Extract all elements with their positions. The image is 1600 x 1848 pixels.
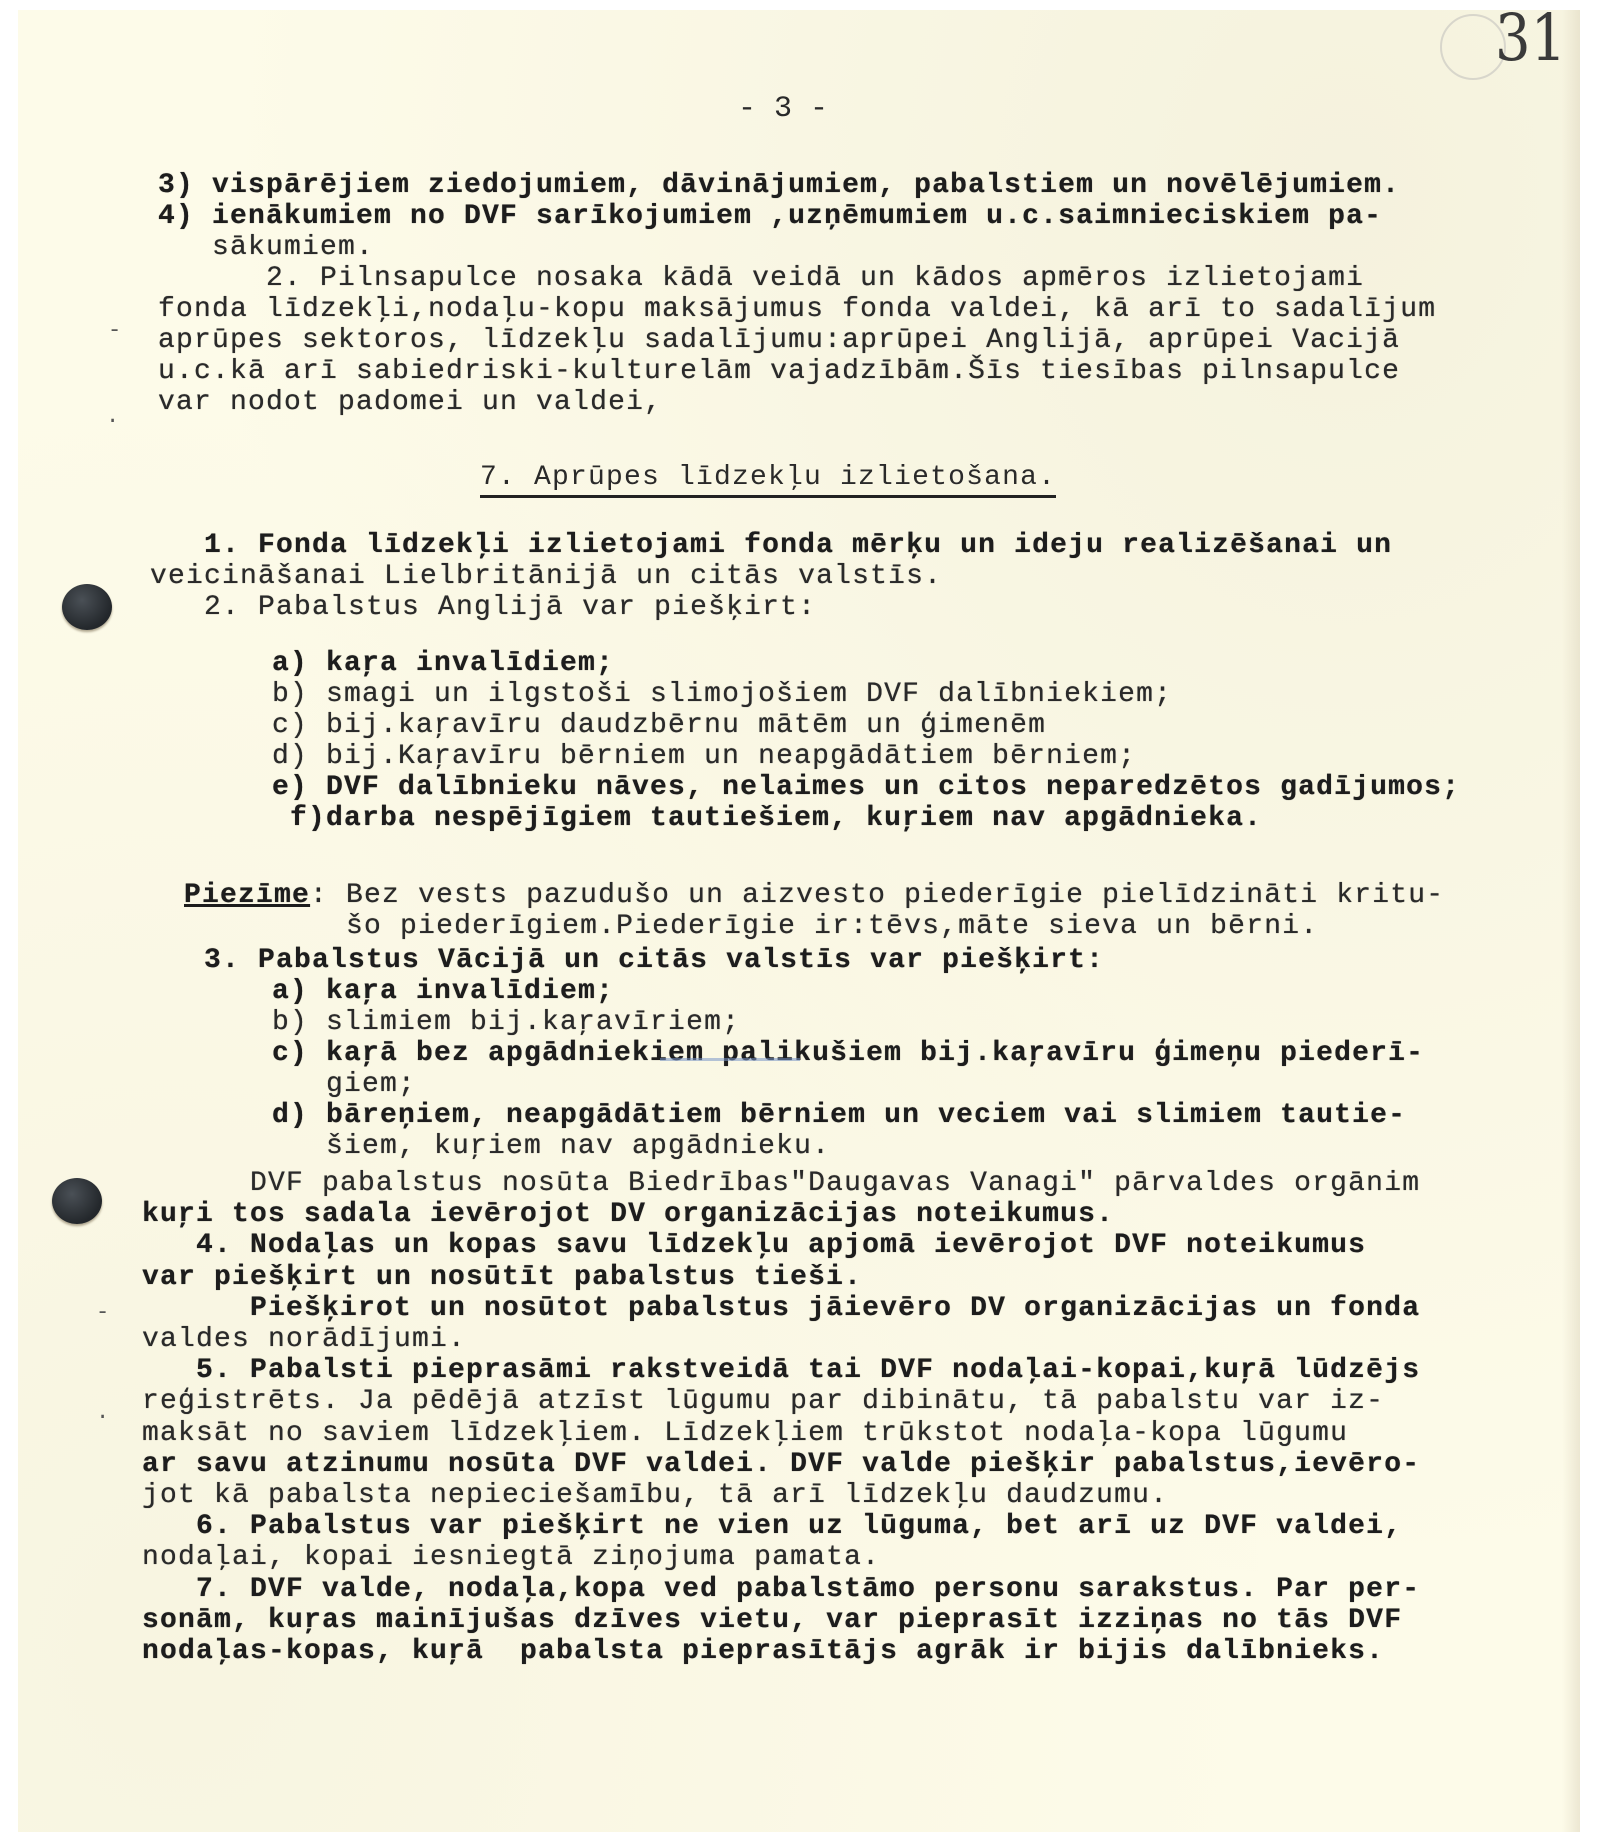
text-line: d) bāreņiem, neapgādātiem bērniem un vec… <box>272 1100 1406 1131</box>
text-line: aprūpes sektoros, līdzekļu sadalījumu:ap… <box>158 325 1400 356</box>
text-line: u.c.kā arī sabiedriski-kulturelām vajadz… <box>158 356 1400 387</box>
blue-pencil-mark <box>660 1058 800 1061</box>
text-line: maksāt no saviem līdzekļiem. Līdzekļiem … <box>142 1418 1348 1449</box>
text-line: jot kā pabalsta nepieciešamību, tā arī l… <box>142 1480 1168 1511</box>
text-line: 4) ienākumiem no DVF sarīkojumiem ,uzņēm… <box>158 201 1382 232</box>
note-line-2: šo piederīgiem.Piederīgie ir:tēvs,māte s… <box>310 911 1318 942</box>
text-line: sākumiem. <box>158 232 374 263</box>
note-line-2-wrapper: Piezīme šo piederīgiem.Piederīgie ir:tēv… <box>148 880 1318 942</box>
text-line: 2. Pilnsapulce nosaka kādā veidā un kādo… <box>158 263 1364 294</box>
text-line: c) bij.kaŗavīru daudzbērnu mātēm un ģime… <box>272 710 1046 741</box>
text-line: šiem, kuŗiem nav apgādnieku. <box>272 1131 830 1162</box>
text-line: sonām, kuŗas mainījušas dzīves vietu, va… <box>142 1605 1402 1636</box>
page-number: - 3 - <box>738 92 828 126</box>
text-line: nodaļai, kopai iesniegtā ziņojuma pamata… <box>142 1542 880 1573</box>
text-line: valdes norādījumi. <box>142 1324 466 1355</box>
text-line: reģistrēts. Ja pēdējā atzīst lūgumu par … <box>142 1386 1384 1417</box>
text-line: giem; <box>272 1069 416 1100</box>
text-line: 1. Fonda līdzekļi izlietojami fonda mērķ… <box>150 530 1392 561</box>
text-line: c) kaŗā bez apgādniekiem palikušiem bij.… <box>272 1038 1424 1069</box>
text-line: nodaļas-kopas, kuŗā pabalsta pieprasītāj… <box>142 1636 1384 1667</box>
section-heading: 7. Aprūpes līdzekļu izlietošana. <box>480 462 1056 498</box>
text-line: fonda līdzekļi,nodaļu-kopu maksājumus fo… <box>158 294 1436 325</box>
text-line: veicināšanai Lielbritānijā un citās vals… <box>150 561 942 592</box>
punch-hole-icon <box>62 584 112 630</box>
text-line: b) smagi un ilgstoši slimojošiem DVF dal… <box>272 679 1172 710</box>
text-line: 2. Pabalstus Anglijā var piešķirt: <box>150 592 816 623</box>
margin-mark: - <box>108 318 121 343</box>
text-line: f)darba nespējīgiem tautiešiem, kuŗiem n… <box>272 803 1262 834</box>
text-line: 5. Pabalsti pieprasāmi rakstveidā tai DV… <box>142 1355 1420 1386</box>
text-line: Piešķirot un nosūtot pabalstus jāievēro … <box>142 1293 1420 1324</box>
text-line: a) kaŗa invalīdiem; <box>272 648 614 679</box>
margin-mark: . <box>96 1400 109 1425</box>
paragraph-3-intro: 3. Pabalstus Vācijā un citās valstīs var… <box>150 945 1104 976</box>
text-line: ar savu atzinumu nosūta DVF valdei. DVF … <box>142 1449 1420 1480</box>
text-line: kuŗi tos sadala ievērojot DV organizācij… <box>142 1199 1114 1230</box>
text-line: var piešķirt un nosūtīt pabalstus tieši. <box>142 1262 862 1293</box>
punch-hole-icon <box>52 1178 102 1224</box>
text-line: 7. DVF valde, nodaļa,kopa ved pabalstāmo… <box>142 1574 1420 1605</box>
text-line: 3) vispārējiem ziedojumiem, dāvinājumiem… <box>158 170 1400 201</box>
text-line: d) bij.Kaŗavīru bērniem un neapgādātiem … <box>272 741 1136 772</box>
text-line: e) DVF dalībnieku nāves, nelaimes un cit… <box>272 772 1460 803</box>
page-edge-shadow <box>1562 10 1580 1832</box>
text-line: 4. Nodaļas un kopas savu līdzekļu apjomā… <box>142 1230 1366 1261</box>
text-line: b) slimiem bij.kaŗavīriem; <box>272 1007 740 1038</box>
text-line: 6. Pabalstus var piešķirt ne vien uz lūg… <box>142 1511 1402 1542</box>
margin-mark: - <box>96 1300 109 1325</box>
text-line: a) kaŗa invalīdiem; <box>272 976 614 1007</box>
handwritten-folio-number: 31 <box>1495 1 1566 76</box>
text-line: DVF pabalstus nosūta Biedrības"Daugavas … <box>142 1168 1420 1199</box>
text-line: var nodot padomei un valdei, <box>158 387 662 418</box>
margin-mark: . <box>106 404 119 429</box>
